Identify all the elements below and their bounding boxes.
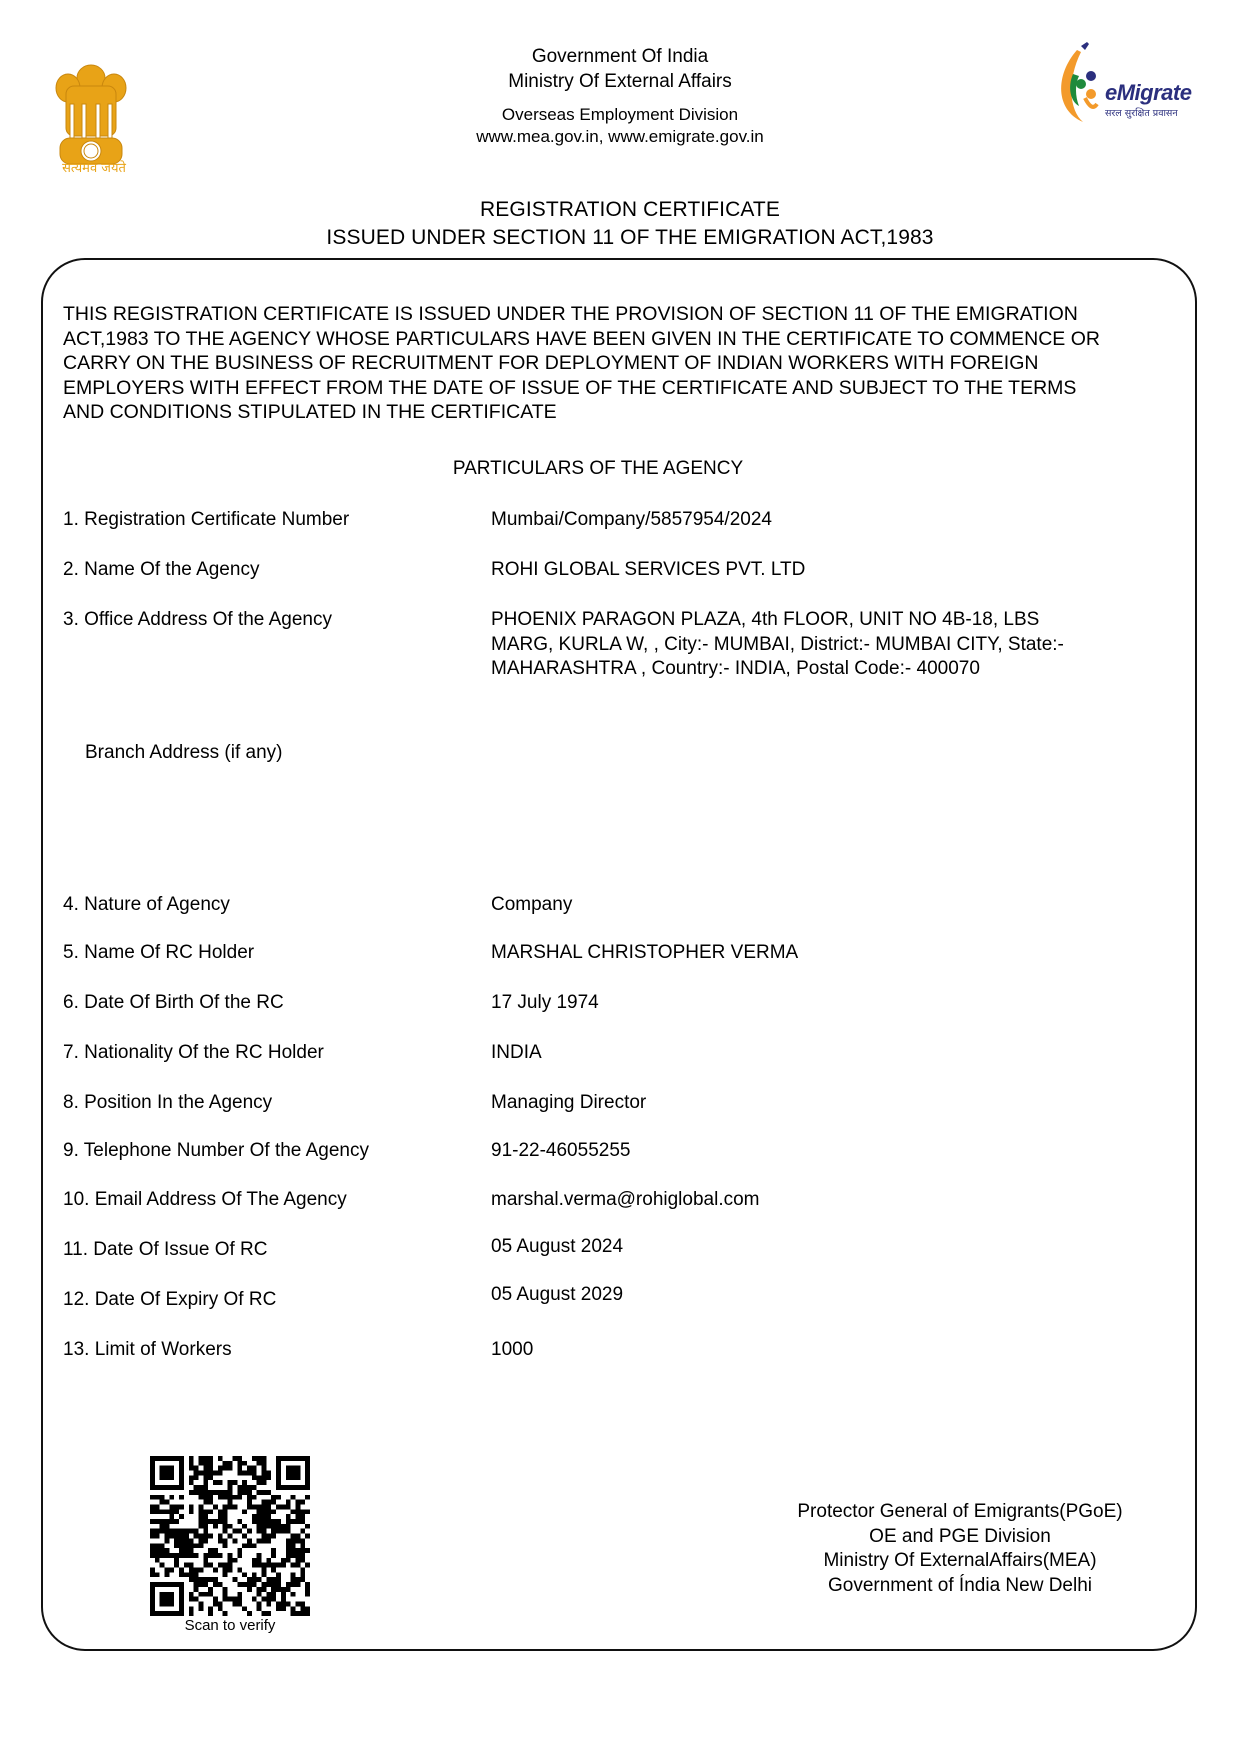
- emigrate-logo-icon: eMigrate सरल सुरक्षित प्रवासन: [1045, 40, 1195, 130]
- particular-value: 1000: [491, 1338, 1171, 1363]
- signatory-title: Protector General of Emigrants(PGoE): [740, 1500, 1180, 1525]
- particular-label: 1. Registration Certificate Number: [63, 508, 483, 533]
- particular-value: 91-22-46055255: [491, 1139, 1171, 1164]
- particular-label: 10. Email Address Of The Agency: [63, 1188, 483, 1213]
- signatory-division: OE and PGE Division: [740, 1525, 1180, 1550]
- particular-value: Managing Director: [491, 1091, 1171, 1116]
- particular-label: 12. Date Of Expiry Of RC: [63, 1288, 483, 1313]
- signature-block: Protector General of Emigrants(PGoE) OE …: [740, 1500, 1180, 1598]
- preamble-line: EMPLOYERS WITH EFFECT FROM THE DATE OF I…: [63, 376, 1203, 401]
- particular-value: marshal.verma@rohiglobal.com: [491, 1188, 1171, 1213]
- qr-caption: Scan to verify: [150, 1617, 310, 1634]
- particular-label: 3. Office Address Of the Agency: [63, 608, 483, 633]
- address-line: PHOENIX PARAGON PLAZA, 4th FLOOR, UNIT N…: [491, 608, 1171, 633]
- particular-label: 6. Date Of Birth Of the RC: [63, 991, 483, 1016]
- particular-label: 2. Name Of the Agency: [63, 558, 483, 583]
- particular-label: 7. Nationality Of the RC Holder: [63, 1041, 483, 1066]
- particular-value: Company: [491, 893, 1171, 918]
- qr-code-icon[interactable]: [150, 1456, 310, 1616]
- particular-label: 8. Position In the Agency: [63, 1091, 483, 1116]
- signatory-ministry: Ministry Of ExternalAffairs(MEA): [740, 1549, 1180, 1574]
- particular-value: INDIA: [491, 1041, 1171, 1066]
- preamble-line: AND CONDITIONS STIPULATED IN THE CERTIFI…: [63, 400, 1203, 425]
- particular-value: Mumbai/Company/5857954/2024: [491, 508, 1171, 533]
- particular-value: ROHI GLOBAL SERVICES PVT. LTD: [491, 558, 1171, 583]
- particular-label: 4. Nature of Agency: [63, 893, 483, 918]
- address-line: MARG, KURLA W, , City:- MUMBAI, District…: [491, 633, 1171, 658]
- particular-label: 11. Date Of Issue Of RC: [63, 1238, 483, 1263]
- emigrate-logo-text: eMigrate: [1105, 80, 1191, 106]
- particular-value: 17 July 1974: [491, 991, 1171, 1016]
- particular-value: 05 August 2029: [491, 1283, 1171, 1308]
- address-line: MAHARASHTRA , Country:- INDIA, Postal Co…: [491, 657, 1171, 682]
- particulars-heading: PARTICULARS OF THE AGENCY: [0, 458, 1196, 480]
- signatory-government: Government of Índia New Delhi: [740, 1574, 1180, 1599]
- particular-label: 9. Telephone Number Of the Agency: [63, 1139, 483, 1164]
- particular-label: 13. Limit of Workers: [63, 1338, 483, 1363]
- preamble-line: ACT,1983 TO THE AGENCY WHOSE PARTICULARS…: [63, 327, 1203, 352]
- emigrate-logo-tagline: सरल सुरक्षित प्रवासन: [1105, 106, 1178, 119]
- title-line-2: ISSUED UNDER SECTION 11 OF THE EMIGRATIO…: [0, 224, 1240, 252]
- preamble-line: THIS REGISTRATION CERTIFICATE IS ISSUED …: [63, 302, 1203, 327]
- certificate-title: REGISTRATION CERTIFICATE ISSUED UNDER SE…: [0, 196, 1240, 252]
- particular-value: MARSHAL CHRISTOPHER VERMA: [491, 941, 1171, 966]
- particular-value-address: PHOENIX PARAGON PLAZA, 4th FLOOR, UNIT N…: [491, 608, 1171, 682]
- preamble-line: CARRY ON THE BUSINESS OF RECRUITMENT FOR…: [63, 351, 1203, 376]
- branch-address-label: Branch Address (if any): [85, 742, 282, 764]
- title-line-1: REGISTRATION CERTIFICATE: [0, 196, 1240, 224]
- certificate-preamble: THIS REGISTRATION CERTIFICATE IS ISSUED …: [63, 302, 1203, 425]
- particular-label: 5. Name Of RC Holder: [63, 941, 483, 966]
- particular-value: 05 August 2024: [491, 1235, 1171, 1260]
- emblem-motto: सत्यमेव जयते: [44, 158, 144, 176]
